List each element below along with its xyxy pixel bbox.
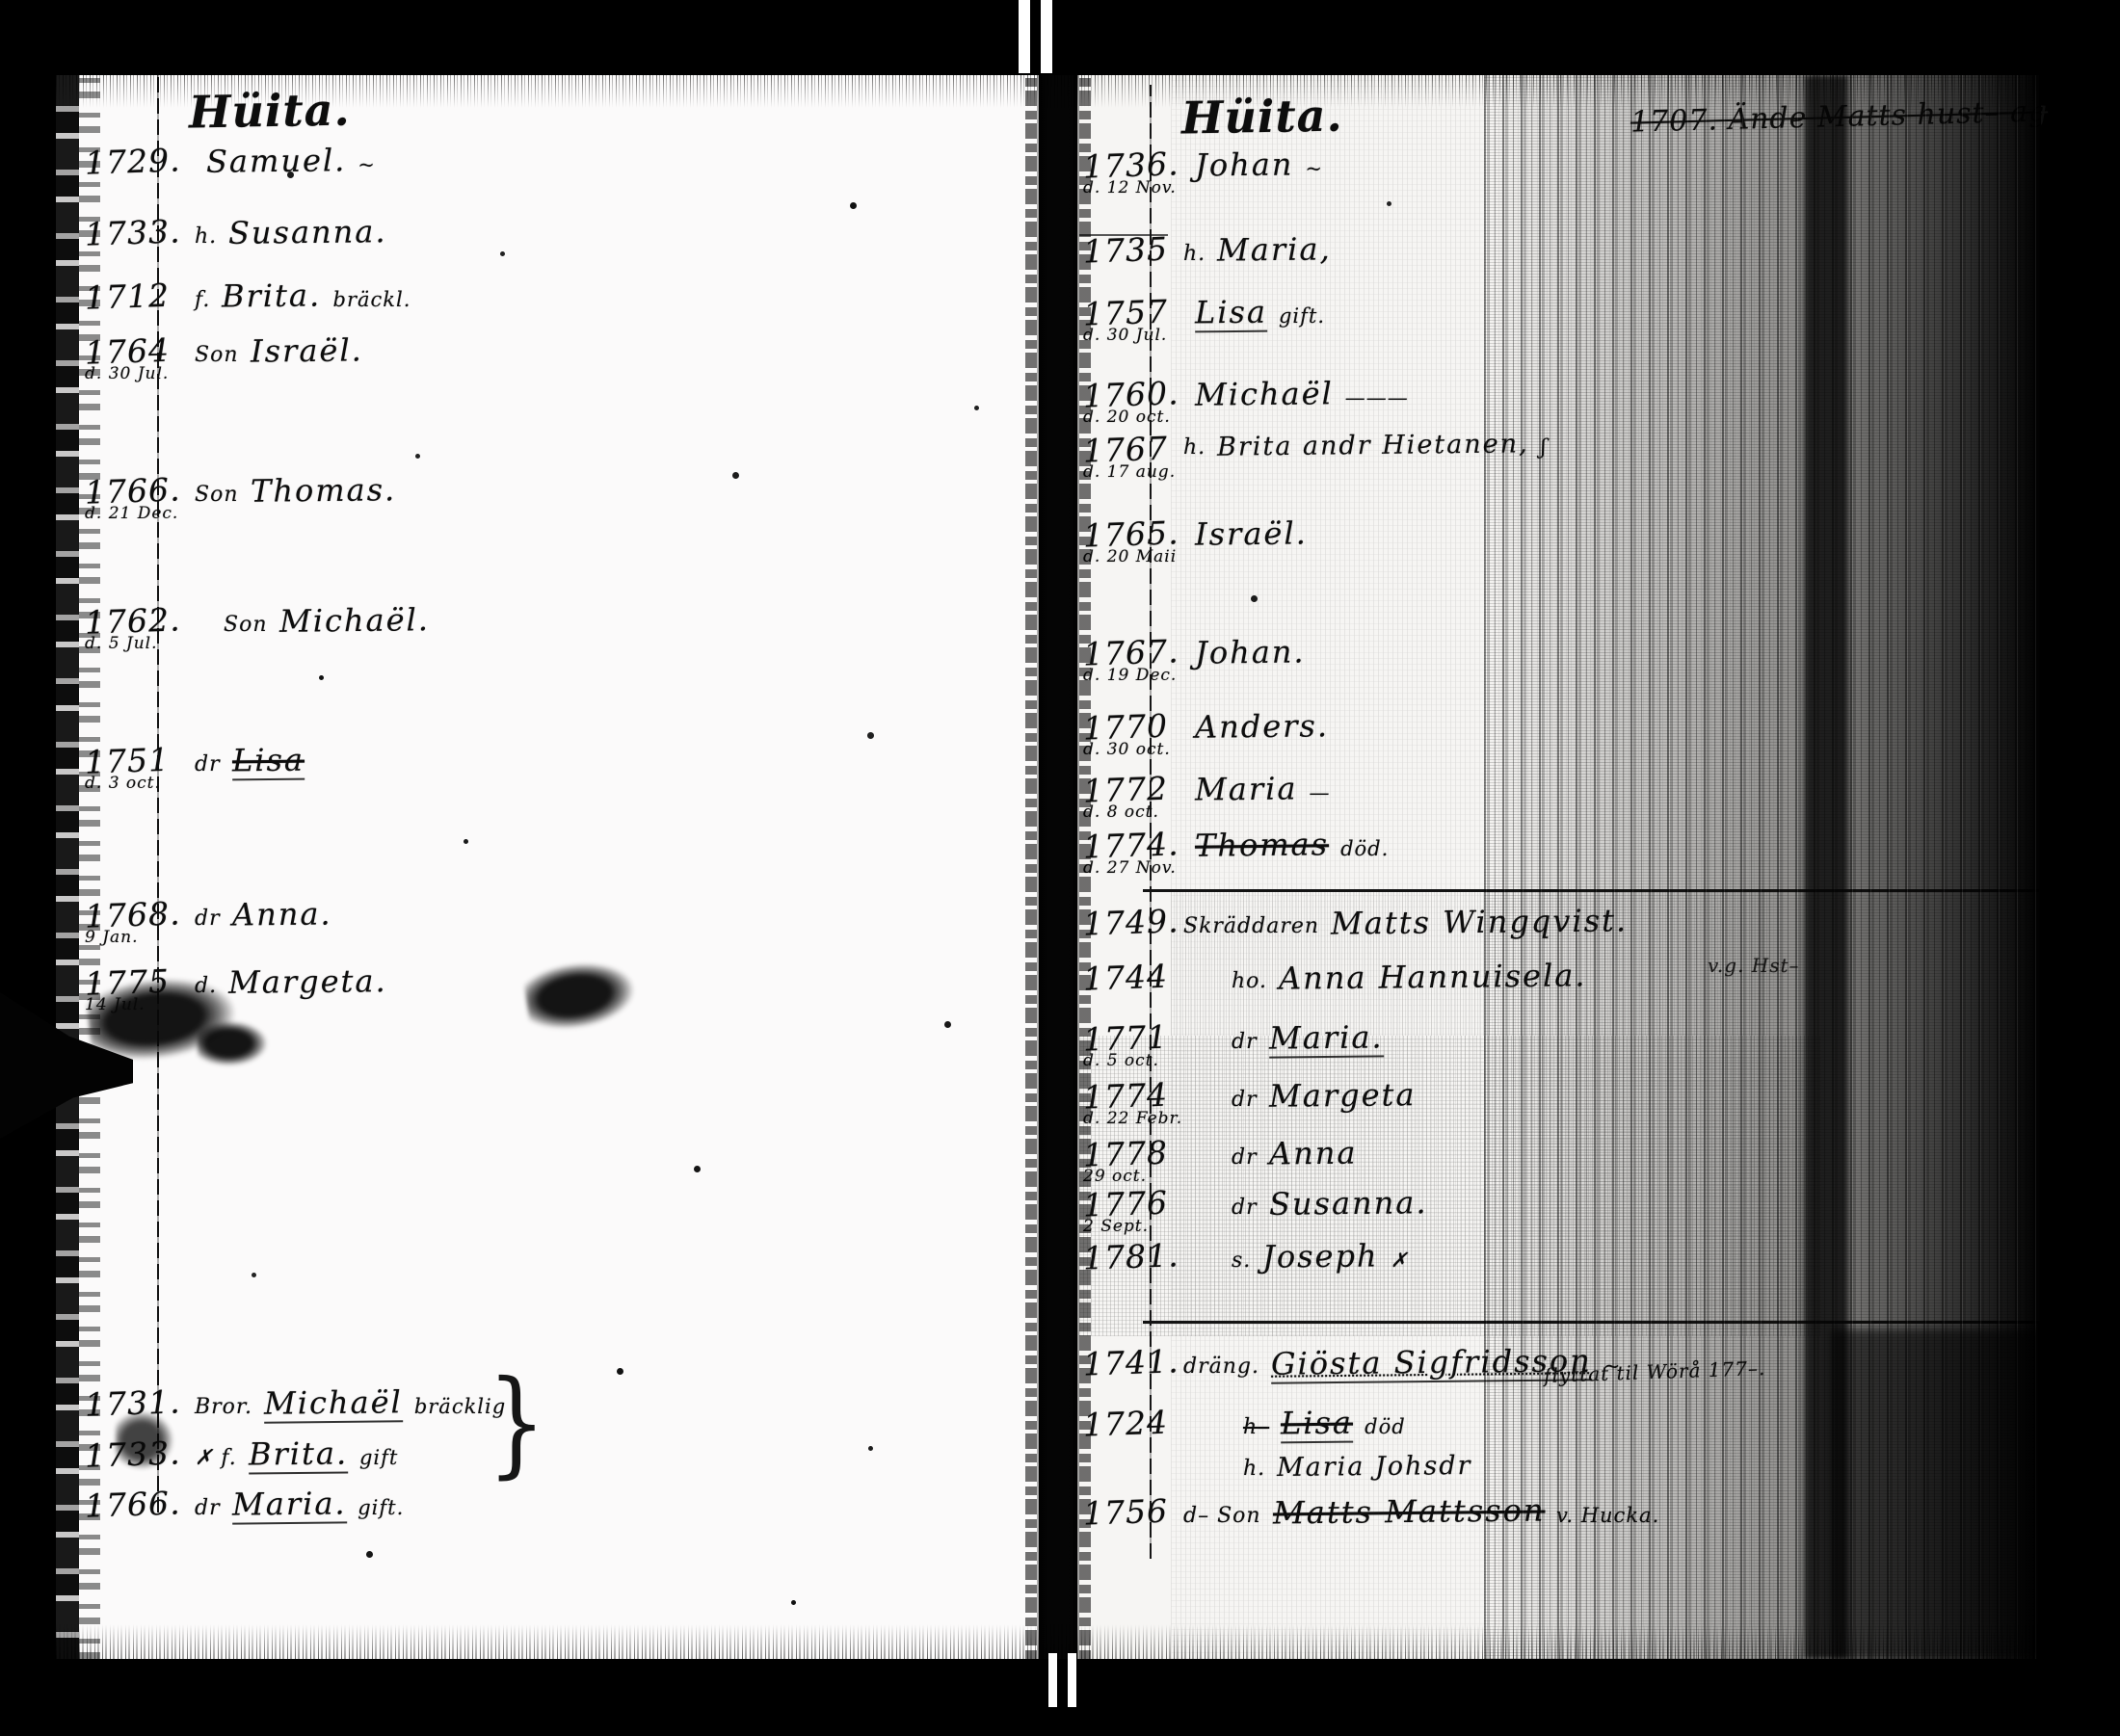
entry-relation: h. — [195, 224, 217, 249]
entry-year: 1778 — [1082, 1133, 1174, 1173]
entry-name: Anna Hannuisela. — [1279, 957, 1587, 996]
entry-year: 1760. — [1082, 374, 1174, 414]
table-row: 1756 d– SonMatts Mattssonv. Hucka. — [1083, 1493, 1659, 1530]
entry-relation: dr — [1232, 1196, 1258, 1220]
entry-relation: Son — [195, 483, 239, 507]
entry-name: Maria. — [231, 1485, 346, 1524]
table-row: 1767.d. 19 Dec. Johan. — [1083, 634, 1317, 685]
film-frame-top — [0, 0, 2120, 75]
entry-name: Samuel. — [206, 142, 347, 180]
film-frame-bottom — [0, 1659, 2120, 1736]
entry-relation: dr — [195, 752, 221, 776]
entry-name: Brita. — [222, 276, 322, 314]
entry-remark: v. Hucka. — [1556, 1504, 1659, 1527]
entry-year: 1712 — [84, 276, 185, 317]
entry-name: Johan — [1195, 145, 1294, 183]
table-row: 1749. SkräddarenMatts Wingqvist. — [1083, 904, 1639, 940]
entry-remark: död — [1365, 1415, 1406, 1438]
table-row: 1744 ho.Anna Hannuisela. — [1083, 959, 1599, 995]
entry-relation: h– — [1243, 1415, 1269, 1439]
entry-year: 1757 — [1082, 292, 1174, 332]
ink-blot — [198, 1021, 267, 1065]
table-row: 1774d. 22 Febr. drMargeta — [1083, 1077, 1427, 1128]
entry-remark: ——— — [1345, 386, 1409, 409]
table-row: h.Maria Johsdr — [1083, 1452, 1484, 1482]
entry-remark: gift. — [358, 1496, 404, 1519]
table-row: 1729. Samuel.~ — [85, 143, 376, 179]
entry-year: 1751 — [84, 740, 185, 781]
entry-year: 1735 — [1082, 229, 1174, 270]
entry-year: 1766. — [84, 470, 185, 512]
entry-year: 1776 — [1082, 1183, 1174, 1223]
entry-year: 1733. — [84, 212, 185, 253]
entry-remark: ~ — [358, 153, 376, 176]
entry-year: 1781. — [1082, 1236, 1174, 1276]
entry-relation: h. — [1183, 242, 1206, 266]
entry-remark: bräckl. — [333, 288, 411, 311]
winqvist-margin-note: v.g. Hst– — [1708, 954, 1800, 977]
table-row: 1724 h–Lisadöd — [1083, 1405, 1406, 1443]
entry-year: 1756 — [1082, 1491, 1174, 1532]
entry-relation: Skräddaren — [1183, 914, 1319, 938]
table-row: 1764d. 30 Jul. SonIsraël. — [85, 332, 374, 383]
entry-year: 1749. — [1082, 902, 1174, 942]
entry-relation: s. — [1232, 1249, 1251, 1273]
table-row: 1757d. 30 Jul. Lisagift. — [1083, 294, 1325, 345]
entry-remark: gift — [359, 1446, 398, 1469]
film-splice-mark — [1048, 1653, 1057, 1707]
table-row: 177829 oct. drAnna — [1083, 1135, 1368, 1186]
entry-year: 1766. — [84, 1484, 185, 1525]
entry-year: 1744 — [1082, 957, 1174, 997]
entry-remark: ~ — [1305, 157, 1323, 180]
entry-year: 1768. — [84, 894, 185, 935]
entry-name: Maria — [1195, 770, 1298, 807]
entry-name: Anna — [1268, 1135, 1357, 1172]
entry-name: Michaël — [1195, 375, 1334, 413]
entry-year: 1762. — [84, 600, 185, 642]
entry-name: Michaël. — [278, 601, 429, 640]
entry-relation: dr — [1232, 1088, 1258, 1112]
ink-blot — [116, 1411, 173, 1469]
entry-name: Joseph — [1262, 1237, 1379, 1275]
table-row: 1762.d. 5 Jul. SonMichaël. — [85, 602, 440, 653]
table-row: 1768.9 Jan. drAnna. — [85, 896, 343, 947]
film-splice-mark — [1068, 1653, 1076, 1707]
entry-name: Lisa — [231, 742, 304, 781]
table-row: 1771d. 5 oct. drMaria. — [1083, 1019, 1394, 1070]
entry-year: 1741. — [1082, 1342, 1174, 1382]
microfilm-scan: Hüita. Hüita. 1707. Ände Matts hust– ag … — [0, 0, 2120, 1736]
entry-year: 1774 — [1082, 1075, 1174, 1116]
entry-relation: f. — [195, 288, 210, 312]
entry-year: 1767 — [1082, 429, 1174, 469]
table-row: 1774.d. 27 Nov. Thomasdöd. — [1083, 827, 1389, 878]
entry-name: Maria, — [1217, 230, 1332, 268]
entry-remark: bräcklig — [414, 1395, 506, 1418]
entry-relation: dr — [195, 907, 221, 931]
entry-year: 1765. — [1082, 513, 1174, 554]
table-row: 1751d. 3 oct. drLisa — [85, 742, 316, 793]
entry-year: 1764 — [84, 330, 185, 372]
table-row: 1767d. 17 aug. h.Brita andr Hietanen,ʃ — [1083, 431, 1548, 482]
entry-name: Maria Johsdr — [1277, 1451, 1472, 1483]
entry-relation: d– Son — [1183, 1504, 1261, 1528]
table-row: 1735 h.Maria, — [1083, 231, 1343, 268]
table-row: 1741. dräng.Giösta Sigfridsson~ — [1083, 1344, 1621, 1382]
entry-relation: Son — [224, 613, 268, 637]
entry-name: Johan. — [1195, 633, 1306, 671]
entry-name: Susanna. — [1268, 1184, 1427, 1223]
left-page-title: Hüita. — [189, 84, 351, 139]
entry-name: Brita. — [249, 1434, 349, 1474]
entry-year: 1774. — [1082, 825, 1174, 865]
entry-remark: ʃ — [1541, 435, 1548, 459]
entry-name: Lisa — [1281, 1405, 1353, 1444]
table-row: 1760.d. 20 oct. Michaël——— — [1083, 376, 1409, 427]
entry-relation: dr — [1232, 1030, 1258, 1054]
entry-relation: Bror. — [195, 1395, 252, 1419]
entry-year: 1771 — [1082, 1017, 1174, 1058]
section-rule-top — [1143, 889, 2039, 892]
entry-relation: h. — [1243, 1457, 1265, 1481]
entry-name: Matts Mattsson — [1272, 1492, 1545, 1532]
table-row: 1765.d. 20 Maii Israël. — [1083, 515, 1319, 566]
entry-name: Brita andr Hietanen, — [1217, 429, 1529, 461]
entry-name: Margeta — [1268, 1076, 1416, 1115]
entry-relation: h. — [1183, 435, 1206, 460]
entry-relation: Son — [195, 343, 239, 367]
table-row: 1766. drMaria.gift. — [85, 1486, 404, 1524]
table-row: 1712 f.Brita.bräckl. — [85, 277, 411, 314]
entry-name: Anna. — [231, 895, 331, 933]
entry-name: Israël. — [1195, 514, 1308, 552]
grouping-brace: } — [488, 1356, 546, 1490]
book-gutter — [1037, 75, 1079, 1659]
entry-name: Anders. — [1195, 707, 1329, 745]
table-row: 1766.d. 21 Dec. SonThomas. — [85, 472, 408, 523]
entry-year: 1736. — [1082, 145, 1174, 185]
table-row: 1781. s.Joseph✗ — [1083, 1238, 1408, 1275]
entry-name: Israël. — [250, 331, 362, 369]
entry-remark: gift. — [1279, 304, 1325, 328]
entry-year: 1772 — [1082, 769, 1174, 809]
entry-relation: ho. — [1232, 969, 1267, 993]
entry-year: 1767. — [1082, 632, 1174, 672]
table-row: 17762 Sept. drSusanna. — [1083, 1185, 1439, 1236]
entry-name: Thomas — [1195, 826, 1329, 863]
entry-name: Thomas. — [250, 471, 396, 510]
entry-relation: dräng. — [1183, 1355, 1259, 1379]
entry-relation: dr — [195, 1496, 221, 1520]
table-row: 1736.d. 12 Nov. Johan~ — [1083, 146, 1323, 197]
entry-name: Michaël — [264, 1383, 403, 1424]
entry-name: Margeta. — [228, 962, 387, 1001]
film-splice-mark — [1041, 0, 1052, 73]
entry-remark: — — [1309, 781, 1330, 804]
table-row: 1772d. 8 oct. Maria— — [1083, 771, 1330, 822]
table-row: 1770d. 30 oct. Anders. — [1083, 708, 1340, 759]
entry-remark: död. — [1340, 837, 1389, 860]
entry-name: Susanna. — [228, 213, 387, 251]
right-page-title: Hüita. — [1181, 90, 1343, 145]
entry-year: 1770 — [1082, 706, 1174, 747]
entry-name: Lisa — [1195, 294, 1267, 333]
section-rule-bottom — [1143, 1321, 2039, 1324]
entry-remark: ✗ — [1391, 1249, 1409, 1272]
entry-name: Maria. — [1268, 1018, 1383, 1058]
entry-relation: ✗ f. — [195, 1446, 237, 1470]
entry-relation: dr — [1232, 1145, 1258, 1170]
entry-year: 1729. — [84, 141, 185, 182]
entry-name: Matts Wingqvist. — [1331, 902, 1628, 941]
entry-year: 1724 — [1082, 1403, 1174, 1443]
film-splice-mark — [1019, 0, 1030, 73]
table-row: 1733. h.Susanna. — [85, 214, 399, 250]
